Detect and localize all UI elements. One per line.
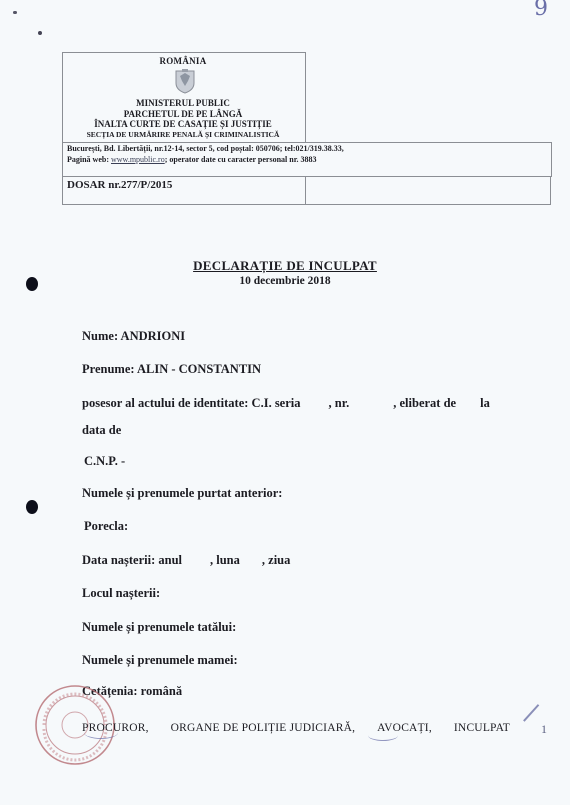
website-link[interactable]: www.mpublic.ro (111, 155, 165, 164)
scan-speck (13, 11, 17, 14)
institution-line: MINISTERUL PUBLIC (62, 98, 304, 109)
institution-address: București, Bd. Libertății, nr.12-14, sec… (67, 144, 344, 153)
case-number: DOSAR nr.277/P/2015 (67, 179, 172, 191)
institution-line: ÎNALTA CURTE DE CASAȚIE ȘI JUSTIȚIE (62, 119, 304, 130)
field-locul-nasterii: Locul nașterii: (82, 586, 160, 601)
punch-hole (26, 500, 38, 514)
id-date-prefix: la (480, 396, 490, 410)
section-name: SECȚIA DE URMĂRIRE PENALĂ ȘI CRIMINALIST… (62, 130, 304, 141)
country-name: ROMÂNIA (62, 56, 304, 66)
birth-day-label: , ziua (262, 553, 290, 567)
field-data-nasterii: Data nașterii: anul, luna, ziua (82, 553, 290, 568)
institution-line: PARCHETUL DE PE LÂNGĂ (62, 109, 304, 120)
field-id-line-1: posesor al actului de identitate: C.I. s… (82, 396, 490, 411)
header-empty-cell (305, 176, 551, 205)
field-mama: Numele și prenumele mamei: (82, 653, 238, 668)
operator-text: ; operator date cu caracter personal nr.… (165, 155, 317, 164)
document-date: 10 decembrie 2018 (0, 275, 570, 287)
institution-name: MINISTERUL PUBLIC PARCHETUL DE PE LÂNGĂ … (62, 98, 304, 140)
id-issuer-label: , eliberat de (393, 396, 456, 410)
handwritten-signature-mark (84, 726, 118, 739)
footer-mark: 1 (541, 722, 547, 737)
role-politie: ORGANE DE POLIȚIE JUDICIARĂ, (171, 722, 355, 734)
document-title: DECLARAȚIE DE INCULPAT (0, 258, 570, 274)
web-label: Pagină web: (67, 155, 111, 164)
handwritten-page-number: 9 (534, 0, 548, 21)
id-series-label: posesor al actului de identitate: C.I. s… (82, 396, 301, 410)
signature-roles-line: PROCUROR,ORGANE DE POLIȚIE JUDICIARĂ,AVO… (82, 722, 532, 734)
field-nume: Nume: ANDRIONI (82, 329, 185, 344)
birth-month-label: , luna (210, 553, 240, 567)
field-tatal: Numele și prenumele tatălui: (82, 620, 236, 635)
field-id-line-2: data de (82, 423, 121, 438)
role-inculpat: INCULPAT (454, 722, 510, 734)
birth-year-label: Data nașterii: anul (82, 553, 182, 567)
field-prenume: Prenume: ALIN - CONSTANTIN (82, 362, 261, 377)
field-nume-anterior: Numele și prenumele purtat anterior: (82, 486, 282, 501)
id-number-label: , nr. (329, 396, 350, 410)
handwritten-signature-mark (368, 730, 398, 741)
romanian-coat-of-arms-icon (173, 68, 197, 94)
field-porecla: Porecla: (84, 519, 128, 534)
field-cnp: C.N.P. - (84, 454, 125, 469)
web-operator-line: Pagină web: www.mpublic.ro; operator dat… (67, 155, 317, 164)
scan-speck (38, 31, 42, 35)
handwritten-stroke (523, 704, 539, 721)
